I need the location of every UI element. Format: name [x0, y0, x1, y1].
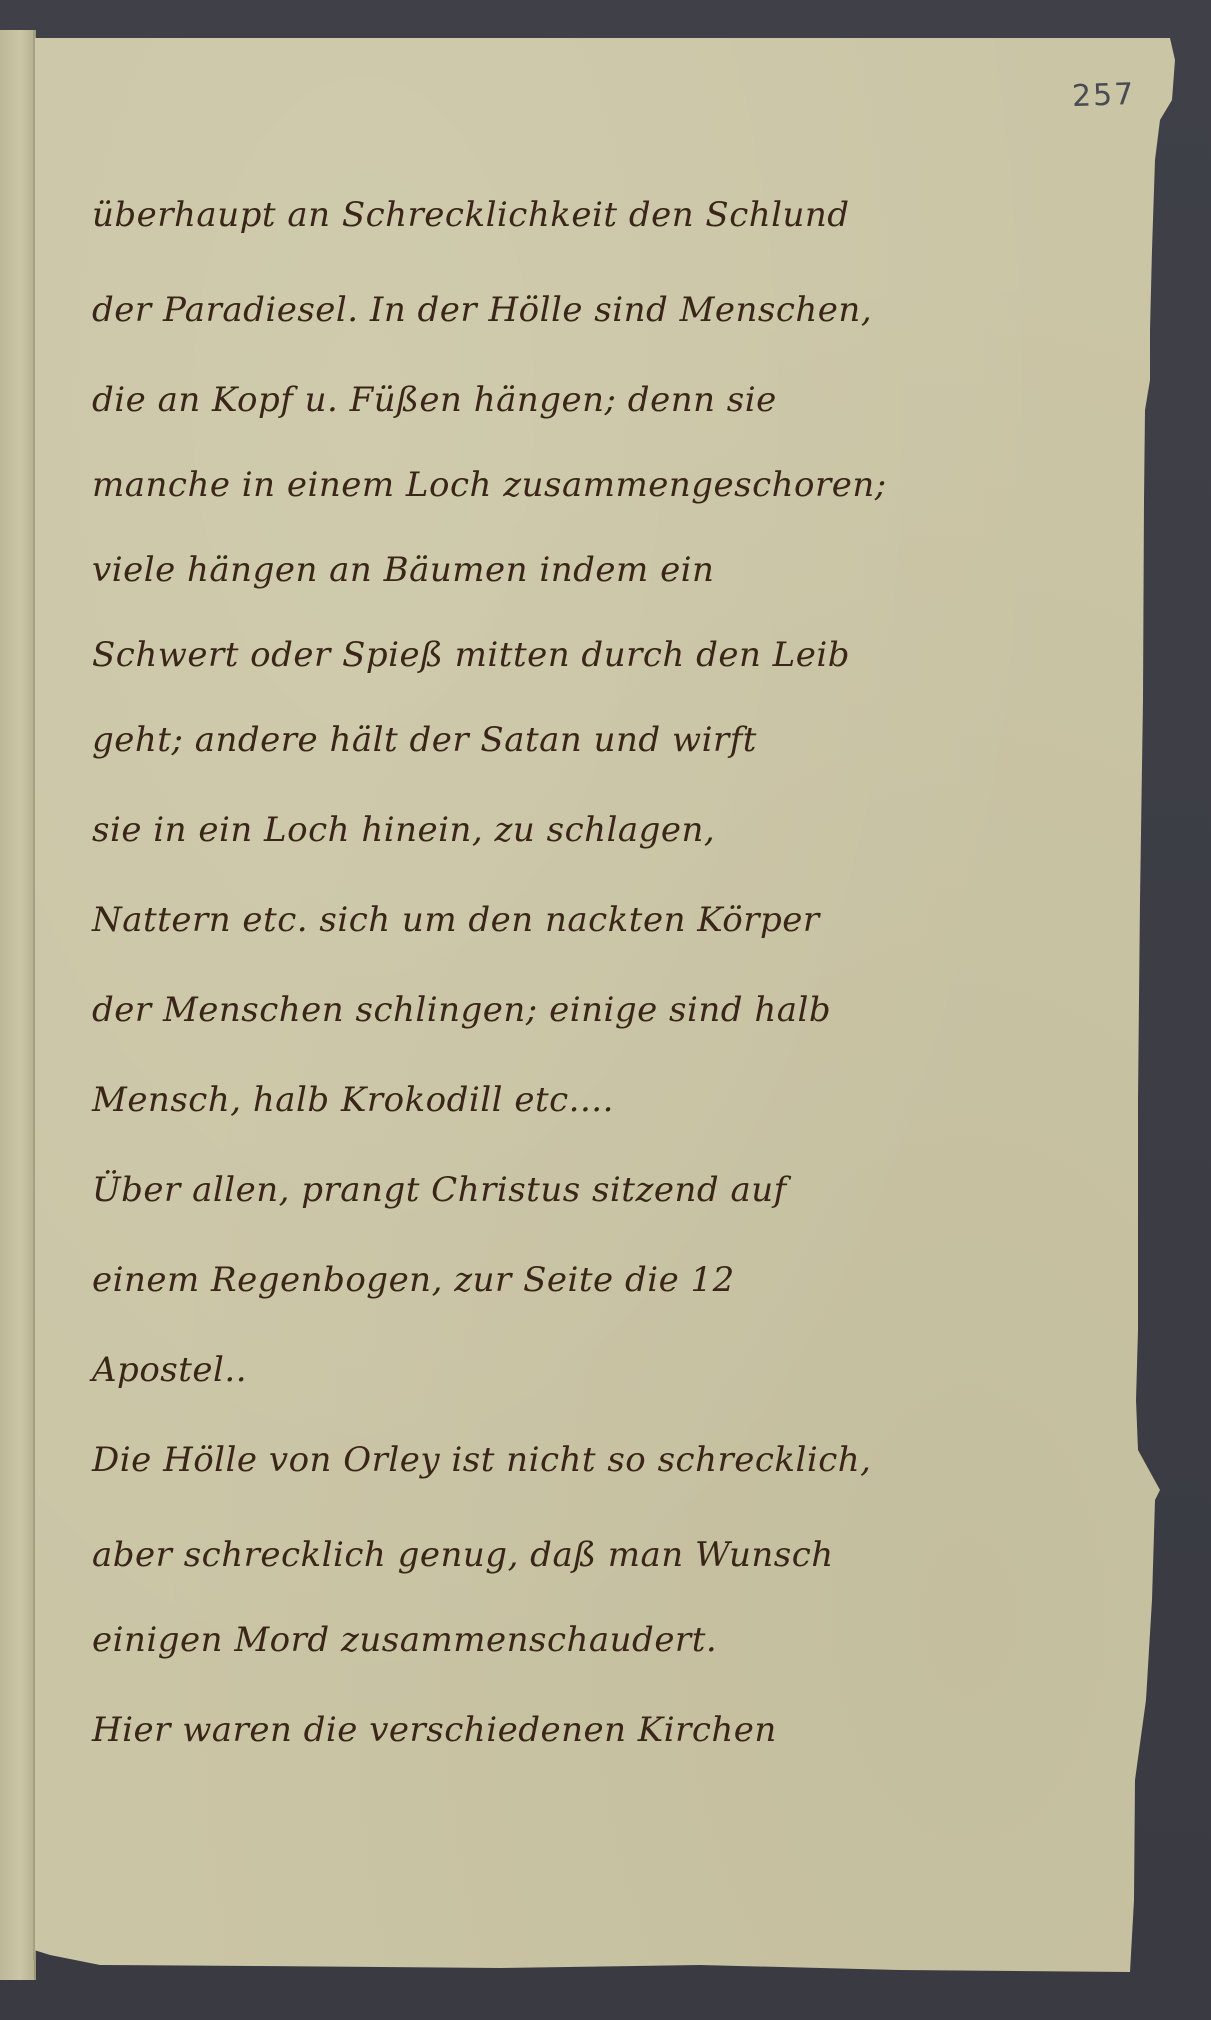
- text-line: Nattern etc. sich um den nackten Körper: [92, 900, 820, 940]
- folio-number: 257: [1071, 77, 1135, 114]
- text-line: geht; andere hält der Satan und wirft: [92, 720, 757, 760]
- text-line: manche in einem Loch zusammengeschoren;: [92, 465, 887, 505]
- text-line: der Paradiesel. In der Hölle sind Mensch…: [92, 290, 872, 330]
- text-line: überhaupt an Schrecklichkeit den Schlund: [92, 195, 850, 235]
- previous-page-edge: [0, 30, 36, 1980]
- text-line: Schwert oder Spieß mitten durch den Leib: [92, 635, 850, 675]
- text-line: sie in ein Loch hinein, zu schlagen,: [92, 810, 715, 850]
- text-line: die an Kopf u. Füßen hängen; denn sie: [92, 380, 777, 420]
- binding-gutter: [33, 30, 35, 1960]
- text-line: der Menschen schlingen; einige sind halb: [92, 990, 831, 1030]
- text-line: einigen Mord zusammenschaudert.: [92, 1620, 717, 1660]
- text-line: Apostel..: [92, 1350, 247, 1390]
- text-line: viele hängen an Bäumen indem ein: [92, 550, 714, 590]
- text-line: Mensch, halb Krokodill etc....: [92, 1080, 614, 1120]
- text-line: aber schrecklich genug, daß man Wunsch: [92, 1535, 834, 1575]
- text-line: Die Hölle von Orley ist nicht so schreck…: [92, 1440, 871, 1480]
- text-line: einem Regenbogen, zur Seite die 12: [92, 1260, 735, 1300]
- text-line: Über allen, prangt Christus sitzend auf: [92, 1170, 787, 1210]
- text-line: Hier waren die verschiedenen Kirchen: [92, 1710, 777, 1750]
